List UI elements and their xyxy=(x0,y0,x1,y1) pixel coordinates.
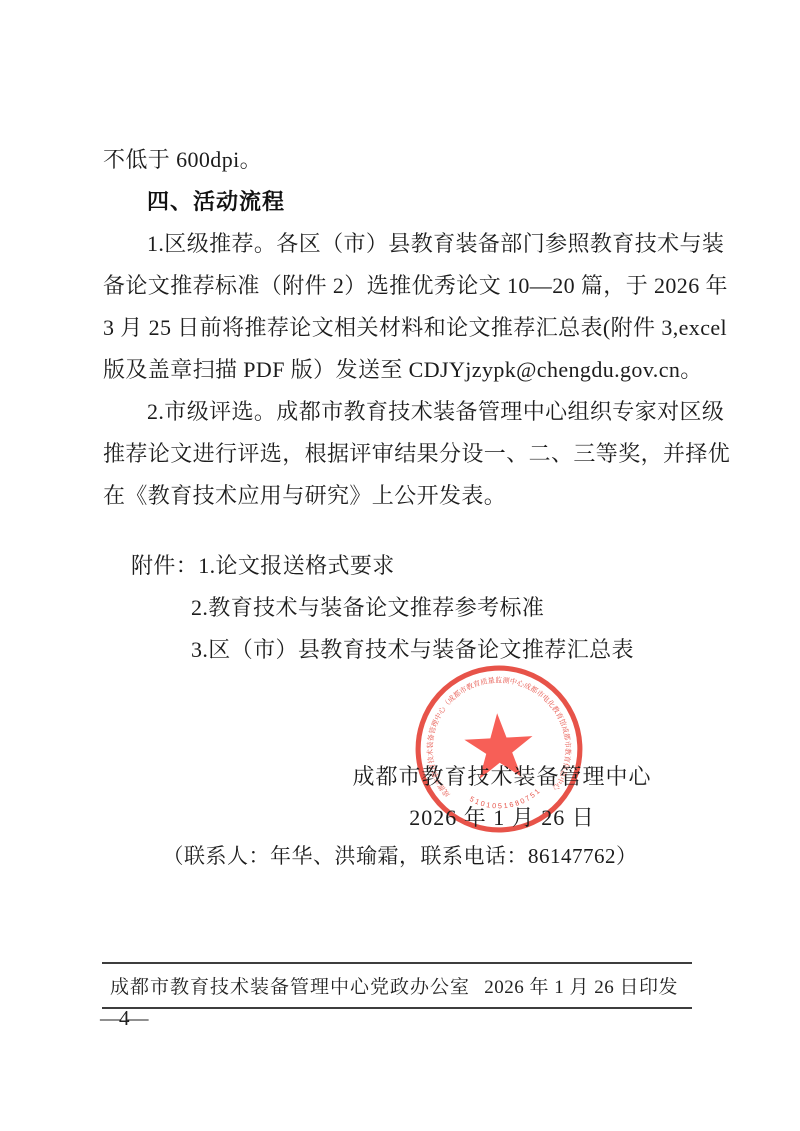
body-line: 版及盖章扫描 PDF 版）发送至 CDJYjzypk@chengdu.gov.c… xyxy=(103,349,703,391)
body-line: 推荐论文进行评选，根据评审结果分设一、二、三等奖，并择优 xyxy=(103,433,703,475)
body-line: 在《教育技术应用与研究》上公开发表。 xyxy=(103,475,703,517)
body-line: 备论文推荐标准（附件 2）选推优秀论文 10—20 篇，于 2026 年 xyxy=(103,265,703,307)
body-line: 不低于 600dpi。 xyxy=(103,139,703,181)
signature-date: 2026 年 1 月 26 日 xyxy=(352,797,652,838)
section-heading: 四、活动流程 xyxy=(103,181,703,223)
signature-org: 成都市教育技术装备管理中心 xyxy=(352,756,652,797)
footer-issuer: 成都市教育技术装备管理中心党政办公室 xyxy=(110,972,470,999)
signature-block: 成都市教育技术装备管理中心 2026 年 1 月 26 日 xyxy=(352,756,652,838)
document-body: 不低于 600dpi。 四、活动流程 1.区级推荐。各区（市）县教育装备部门参照… xyxy=(103,139,703,671)
footer-print-date: 2026 年 1 月 26 日印发 xyxy=(484,972,678,999)
blank-line xyxy=(103,517,703,545)
document-page: 不低于 600dpi。 四、活动流程 1.区级推荐。各区（市）县教育装备部门参照… xyxy=(0,0,800,1131)
body-line: 3 月 25 日前将推荐论文相关材料和论文推荐汇总表(附件 3,excel xyxy=(103,307,703,349)
contact-line: （联系人：年华、洪瑜霜，联系电话：86147762） xyxy=(163,840,638,870)
attachment-line: 附件：1.论文报送格式要求 xyxy=(103,545,703,587)
attachment-line: 3.区（市）县教育技术与装备论文推荐汇总表 xyxy=(103,629,703,671)
footer-rule-bottom xyxy=(102,1007,692,1009)
body-line: 2.市级评选。成都市教育技术装备管理中心组织专家对区级 xyxy=(103,391,703,433)
page-number: —4— xyxy=(100,1006,147,1031)
body-line: 1.区级推荐。各区（市）县教育装备部门参照教育技术与装 xyxy=(103,223,703,265)
attachment-line: 2.教育技术与装备论文推荐参考标准 xyxy=(103,587,703,629)
footer-rule-top xyxy=(102,962,692,964)
